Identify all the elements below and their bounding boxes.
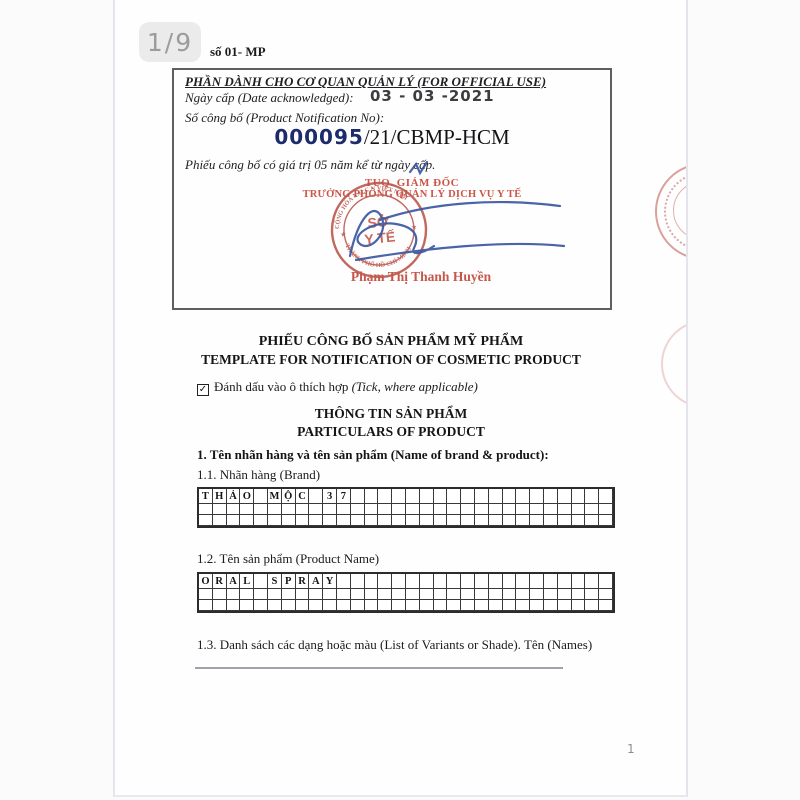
grid-cell [365,489,379,504]
form-title-en: TEMPLATE FOR NOTIFICATION OF COSMETIC PR… [172,352,610,368]
grid-cell [199,504,213,515]
grid-cell [351,489,365,504]
grid-cell [213,600,227,611]
grid-cell [434,589,448,600]
grid-cell [199,589,213,600]
grid-cell [447,589,461,600]
grid-cell [434,489,448,504]
grid-cell [254,515,268,526]
grid-cell [406,504,420,515]
grid-cell [461,515,475,526]
grid-cell [268,589,282,600]
grid-cell [296,589,310,600]
grid-cell [516,515,530,526]
grid-cell [530,504,544,515]
grid-cell [254,504,268,515]
item1-title: 1. Tên nhãn hàng và tên sản phẩm (Name o… [197,447,549,463]
grid-cell [461,489,475,504]
checkbox-ticked-icon[interactable]: ✓ [197,384,209,396]
brand-grid[interactable]: THẢOMỘC37 [197,487,615,528]
grid-cell [240,600,254,611]
form-title-vn: PHIẾU CÔNG BỐ SẢN PHẨM MỸ PHẨM [172,334,610,350]
grid-cell [475,574,489,589]
grid-cell [378,515,392,526]
grid-cell [558,600,572,611]
grid-cell [434,515,448,526]
grid-cell [558,589,572,600]
grid-cell [392,489,406,504]
grid-cell [406,489,420,504]
grid-cell: 3 [323,489,337,504]
document-page: số 01- MP PHẦN DÀNH CHO CƠ QUAN QUẢN LÝ … [113,0,688,797]
grid-cell [599,574,613,589]
grid-cell [392,600,406,611]
notification-number-suffix: /21/CBMP-HCM [364,125,510,149]
grid-cell [475,589,489,600]
grid-cell: O [199,574,213,589]
grid-cell [544,589,558,600]
grid-cell [434,600,448,611]
grid-cell [572,600,586,611]
grid-cell [213,515,227,526]
grid-cell: Y [323,574,337,589]
grid-cell [475,600,489,611]
grid-cell [585,574,599,589]
grid-cell [254,600,268,611]
grid-cell [572,515,586,526]
grid-cell [434,504,448,515]
grid-cell [365,515,379,526]
grid-cell [240,515,254,526]
grid-cell [309,489,323,504]
grid-cell [516,600,530,611]
grid-cell [489,515,503,526]
page-indicator-badge[interactable]: 1/9 [139,22,201,62]
grid-cell [337,515,351,526]
grid-cell [503,489,517,504]
grid-cell [420,504,434,515]
grid-cell: L [240,574,254,589]
grid-cell [420,574,434,589]
grid-cell [268,504,282,515]
grid-cell [365,600,379,611]
grid-cell [530,600,544,611]
grid-cell [240,589,254,600]
grid-cell [323,600,337,611]
grid-cell [530,589,544,600]
approver-name: Phạm Thị Thanh Huyền [301,269,541,285]
grid-cell: M [268,489,282,504]
grid-cell [282,589,296,600]
grid-cell [323,589,337,600]
grid-cell [199,600,213,611]
item1-2-label: 1.2. Tên sản phẩm (Product Name) [197,551,379,567]
grid-cell [365,574,379,589]
grid-cell [530,489,544,504]
grid-cell [309,515,323,526]
grid-cell [420,489,434,504]
grid-cell [337,589,351,600]
variants-answer-line[interactable] [195,667,563,669]
grid-cell [530,515,544,526]
grid-cell [351,504,365,515]
grid-cell [489,589,503,600]
grid-cell [227,589,241,600]
grid-cell [558,574,572,589]
grid-cell: C [296,489,310,504]
grid-cell [378,489,392,504]
grid-cell [337,574,351,589]
grid-cell [365,504,379,515]
grid-cell [296,600,310,611]
notification-no-label: Số công bố (Product Notification No): [185,110,384,126]
grid-cell [351,574,365,589]
grid-cell [572,574,586,589]
notification-number: 000095/21/CBMP-HCM [174,125,610,150]
grid-cell [351,515,365,526]
tick-note-vn: Đánh dấu vào ô thích hợp [214,379,352,394]
grid-cell [213,589,227,600]
grid-cell [378,504,392,515]
grid-cell: Ộ [282,489,296,504]
grid-cell [489,574,503,589]
grid-cell [268,515,282,526]
grid-cell [530,574,544,589]
grid-cell [461,504,475,515]
grid-cell [268,600,282,611]
grid-cell [599,589,613,600]
grid-cell [296,515,310,526]
grid-cell [572,504,586,515]
grid-cell [420,600,434,611]
grid-cell [309,600,323,611]
tick-instruction: ✓Đánh dấu vào ô thích hợp (Tick, where a… [197,379,478,396]
item1-1-label: 1.1. Nhãn hàng (Brand) [197,467,320,483]
grid-cell [516,504,530,515]
grid-cell [489,600,503,611]
grid-cell [503,600,517,611]
grid-cell [309,504,323,515]
grid-cell [254,589,268,600]
grid-cell [475,504,489,515]
grid-cell [392,515,406,526]
grid-cell [282,504,296,515]
grid-cell [406,589,420,600]
grid-cell: R [296,574,310,589]
grid-cell [378,600,392,611]
grid-cell [337,600,351,611]
grid-cell [420,589,434,600]
section-title-en: PARTICULARS OF PRODUCT [172,424,610,440]
grid-cell: P [282,574,296,589]
grid-cell [447,600,461,611]
grid-cell: A [227,574,241,589]
grid-cell [585,504,599,515]
grid-cell [489,489,503,504]
grid-cell: T [199,489,213,504]
grid-cell [572,589,586,600]
grid-cell [516,589,530,600]
grid-cell: Ả [227,489,241,504]
grid-cell [351,589,365,600]
grid-cell [378,589,392,600]
grid-cell [558,489,572,504]
grid-cell [585,489,599,504]
date-acknowledged-value: 03 - 03 -2021 [370,87,495,105]
grid-cell [392,574,406,589]
grid-cell [365,589,379,600]
grid-cell [392,589,406,600]
grid-cell: 7 [337,489,351,504]
grid-cell [544,489,558,504]
grid-cell [420,515,434,526]
grid-cell [227,600,241,611]
grid-cell [544,600,558,611]
grid-cell [585,589,599,600]
grid-cell [558,515,572,526]
grid-cell [213,504,227,515]
grid-cell [227,515,241,526]
grid-cell [447,574,461,589]
product-name-grid[interactable]: ORALSPRAY [197,572,615,613]
grid-cell [503,504,517,515]
section-title-vn: THÔNG TIN SẢN PHẨM [172,406,610,422]
page-indicator-label: 1/9 [147,28,193,57]
grid-cell [323,504,337,515]
grid-cell [296,504,310,515]
grid-cell [599,489,613,504]
grid-cell [503,574,517,589]
grid-cell [475,489,489,504]
grid-cell [254,489,268,504]
grid-cell [544,504,558,515]
grid-cell [544,515,558,526]
grid-cell: A [309,574,323,589]
grid-cell [199,515,213,526]
edge-seal-faint-icon [661,320,688,408]
grid-cell [503,515,517,526]
grid-cell [558,504,572,515]
signature [322,158,577,278]
grid-cell [434,574,448,589]
tick-note-en: (Tick, where applicable) [352,379,478,394]
grid-cell [406,600,420,611]
grid-cell [254,574,268,589]
official-use-box: PHẦN DÀNH CHO CƠ QUAN QUẢN LÝ (FOR OFFIC… [172,68,612,310]
grid-cell [461,574,475,589]
grid-cell [585,600,599,611]
page-number: 1 [627,742,635,756]
grid-cell [240,504,254,515]
grid-cell: O [240,489,254,504]
grid-cell [447,515,461,526]
grid-cell [461,600,475,611]
form-number-label: số 01- MP [210,44,266,60]
grid-cell: H [213,489,227,504]
grid-cell [227,504,241,515]
grid-cell [323,515,337,526]
grid-cell [599,504,613,515]
grid-cell [585,515,599,526]
grid-cell [599,600,613,611]
grid-cell [516,574,530,589]
grid-cell [378,574,392,589]
grid-cell [489,504,503,515]
grid-cell [309,589,323,600]
grid-cell [503,589,517,600]
grid-cell [406,574,420,589]
grid-cell: R [213,574,227,589]
grid-cell [475,515,489,526]
grid-cell [282,600,296,611]
grid-cell: S [268,574,282,589]
grid-cell [392,504,406,515]
grid-cell [337,504,351,515]
notification-number-serial: 000095 [274,125,364,149]
grid-cell [447,489,461,504]
grid-cell [351,600,365,611]
item1-3-label: 1.3. Danh sách các dạng hoặc màu (List o… [197,637,592,653]
grid-cell [406,515,420,526]
grid-cell [599,515,613,526]
grid-cell [544,574,558,589]
date-acknowledged-label: Ngày cấp (Date acknowledged): [185,90,354,106]
grid-cell [447,504,461,515]
grid-cell [461,589,475,600]
grid-cell [516,489,530,504]
grid-cell [282,515,296,526]
grid-cell [572,489,586,504]
